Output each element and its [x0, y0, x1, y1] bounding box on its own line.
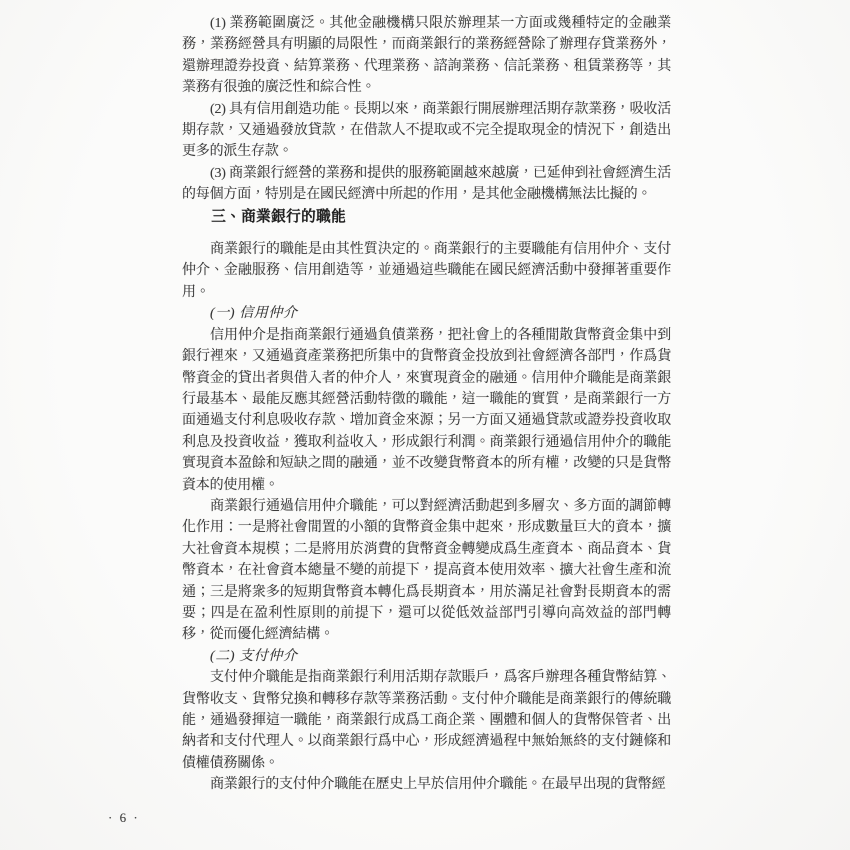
body-paragraph-7: 支付仲介職能是指商業銀行利用活期存款賬戶，爲客戶辦理各種貨幣結算、貨幣收支、貨幣… [182, 667, 671, 774]
subsection-heading-1: (一) 信用仲介 [182, 303, 671, 324]
section-heading: 三、商業銀行的職能 [182, 207, 671, 228]
subsection-heading-2: (二) 支付仲介 [182, 646, 671, 667]
text-block: (1) 業務範圍廣泛。其他金融機構只限於辦理某一方面或幾種特定的金融業務，業務經… [182, 13, 671, 796]
body-paragraph-1: (1) 業務範圍廣泛。其他金融機構只限於辦理某一方面或幾種特定的金融業務，業務經… [182, 13, 671, 99]
body-paragraph-3: (3) 商業銀行經營的業務和提供的服務範圍越來越廣，已延伸到社會經濟生活的每個方… [182, 163, 671, 206]
page-number: · 6 · [108, 810, 140, 826]
body-paragraph-6: 商業銀行通過信用仲介職能，可以對經濟活動起到多層次、多方面的調節轉化作用：一是將… [182, 496, 671, 646]
body-paragraph-4: 商業銀行的職能是由其性質決定的。商業銀行的主要職能有信用仲介、支付仲介、金融服務… [182, 239, 671, 303]
body-paragraph-8: 商業銀行的支付仲介職能在歷史上早於信用仲介職能。在最早出現的貨幣經 [182, 774, 671, 795]
body-paragraph-2: (2) 具有信用創造功能。長期以來，商業銀行開展辦理活期存款業務，吸收活期存款，… [182, 99, 671, 163]
scanned-book-page: (1) 業務範圍廣泛。其他金融機構只限於辦理某一方面或幾種特定的金融業務，業務經… [0, 0, 850, 850]
body-paragraph-5: 信用仲介是指商業銀行通過負債業務，把社會上的各種閒散貨幣資金集中到銀行裡來，又通… [182, 325, 671, 496]
